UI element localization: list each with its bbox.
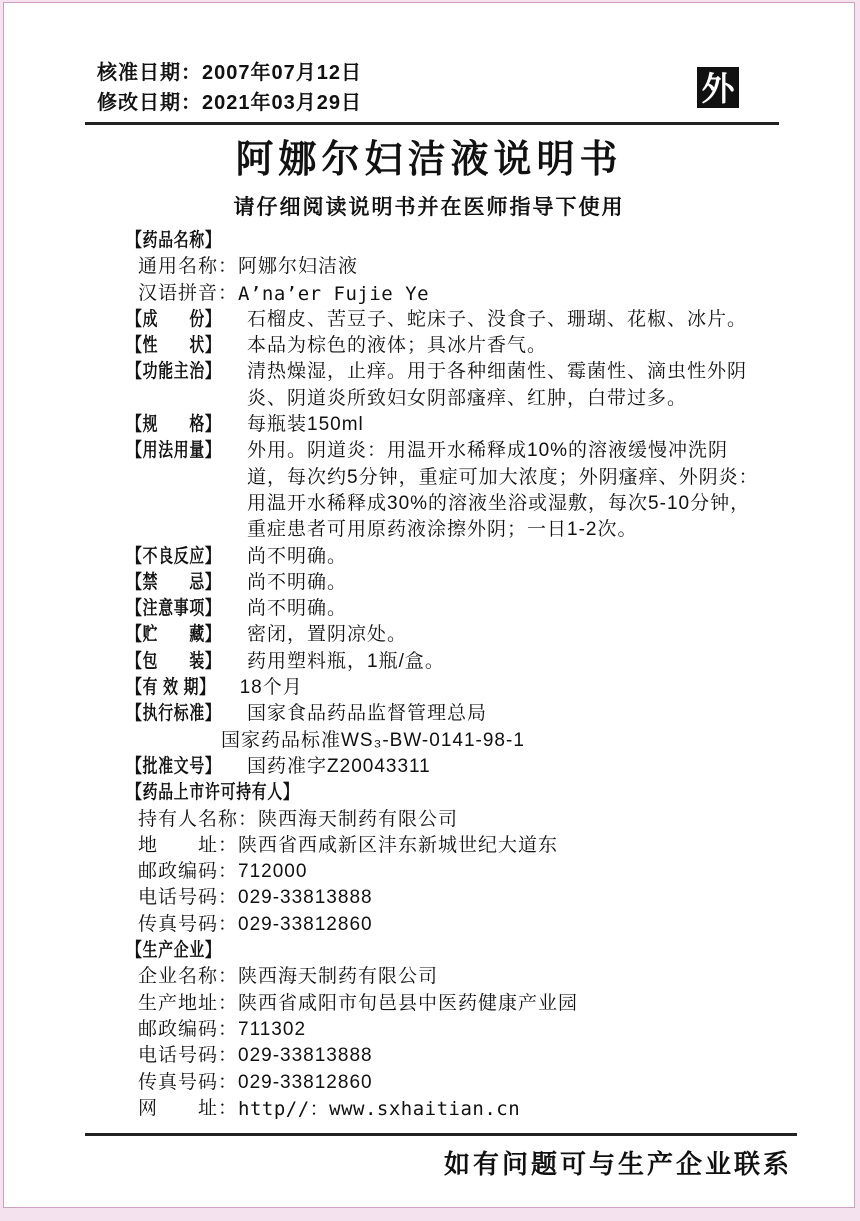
spec-row: 【成 份】石榴皮、苦豆子、蛇床子、没食子、珊瑚、花椒、冰片。 [127,307,766,333]
field-label: 持有人名称： [138,807,258,833]
spec-label: 【注意事项】 [127,596,247,622]
spec-label: 【药品上市许可持有人】 [127,780,347,806]
field-value: 陕西省咸阳市旬邑县中医药健康产业园 [238,991,578,1017]
field-value: 尚不明确。 [247,544,766,570]
spec-label: 【药品名称】 [127,228,247,254]
field-value: 国家食品药品监督管理总局 [247,701,766,727]
spec-row: 【不良反应】尚不明确。 [127,544,766,570]
header-divider [85,122,779,125]
spec-row: 【药品上市许可持有人】 [127,780,766,806]
sub-row: 地 址：陕西省西咸新区沣东新城世纪大道东 [127,833,766,859]
field-label: 传真号码： [138,1070,238,1096]
spec-row: 【批准文号】国药准字Z20043311 [127,754,766,780]
sub-row: 电话号码：029-33813888 [127,1043,766,1069]
field-value: 711302 [238,1017,306,1043]
spec-label: 【性 状】 [127,333,247,359]
field-value: 每瓶装150ml [247,412,766,438]
field-value: 密闭，置阴凉处。 [247,622,766,648]
field-value: 阿娜尔妇洁液 [238,254,358,280]
approval-date-label: 核准日期： [97,62,202,84]
field-label: 地 址： [138,833,238,859]
sub-row: 传真号码：029-33812860 [127,1070,766,1096]
spec-label: 【功能主治】 [127,359,247,385]
approval-date-value: 2007年07月12日 [202,62,362,84]
spec-label: 【贮 藏】 [127,622,247,648]
sub-row: 生产地址：陕西省咸阳市旬邑县中医药健康产业园 [127,991,766,1017]
field-label: 电话号码： [138,1043,238,1069]
field-value: 陕西省西咸新区沣东新城世纪大道东 [238,833,558,859]
spec-label: 【执行标准】 [127,701,247,727]
field-label: 网 址： [138,1096,238,1122]
spec-row: 【包 装】药用塑料瓶，1瓶/盒。 [127,649,766,675]
sub-row: 邮政编码：712000 [127,859,766,885]
spec-label: 【用法用量】 [127,438,247,464]
sub-row: 邮政编码：711302 [127,1017,766,1043]
spec-label: 【成 份】 [127,307,247,333]
spec-row: 【性 状】本品为棕色的液体；具冰片香气。 [127,333,766,359]
field-value: 陕西海天制药有限公司 [258,807,458,833]
spec-label: 【不良反应】 [127,544,247,570]
field-value: 029-33812860 [238,1070,373,1096]
field-value: 029-33813888 [238,885,373,911]
field-value: 029-33813888 [238,1043,373,1069]
spec-label: 【规 格】 [127,412,247,438]
footer-note: 如有问题可与生产企业联系 [4,1147,792,1181]
sub-row: 电话号码：029-33813888 [127,885,766,911]
spec-row: 【禁 忌】尚不明确。 [127,570,766,596]
header-dates: 核准日期：2007年07月12日 修改日期：2021年03月29日 [97,58,854,118]
field-label: 邮政编码： [138,859,238,885]
field-value: 712000 [238,859,307,885]
spec-row: 【执行标准】国家食品药品监督管理总局 [127,701,766,727]
field-value: 清热燥湿，止痒。用于各种细菌性、霉菌性、滴虫性外阴炎、阴道炎所致妇女阴部瘙痒、红… [247,359,766,412]
field-value: 尚不明确。 [247,596,766,622]
field-label: 汉语拼音： [138,281,238,307]
spec-row: 【有 效 期】18个月 [127,675,766,701]
field-value: 国药准字Z20043311 [247,754,766,780]
field-label: 电话号码： [138,885,238,911]
field-value: 外用。阴道炎：用温开水稀释成10%的溶液缓慢冲洗阴道，每次约5分钟，重症可加大浓… [247,438,766,543]
spec-row: 【功能主治】清热燥湿，止痒。用于各种细菌性、霉菌性、滴虫性外阴炎、阴道炎所致妇女… [127,359,766,412]
spec-row: 【用法用量】外用。阴道炎：用温开水稀释成10%的溶液缓慢冲洗阴道，每次约5分钟，… [127,438,766,543]
spec-row: 【贮 藏】密闭，置阴凉处。 [127,622,766,648]
spec-rows: 【药品名称】通用名称：阿娜尔妇洁液汉语拼音：A’na’er Fujie Ye【成… [127,228,766,1122]
spec-label: 【有 效 期】 [127,675,240,701]
external-use-mark: 外 [697,67,739,108]
field-value: 尚不明确。 [247,570,766,596]
spec-label: 【生产企业】 [127,938,247,964]
spec-label [127,728,221,754]
leaflet-page: 核准日期：2007年07月12日 修改日期：2021年03月29日 外 阿娜尔妇… [3,2,855,1208]
field-value: 陕西海天制药有限公司 [238,964,438,990]
field-label: 企业名称： [138,964,238,990]
field-value: A’na’er Fujie Ye [238,281,429,307]
spec-row: 【药品名称】 [127,228,766,254]
spec-label: 【包 装】 [127,649,247,675]
field-label: 传真号码： [138,912,238,938]
sub-row: 汉语拼音：A’na’er Fujie Ye [127,281,766,307]
field-value: 本品为棕色的液体；具冰片香气。 [247,333,766,359]
spec-label: 【禁 忌】 [127,570,247,596]
field-value: 药用塑料瓶，1瓶/盒。 [247,649,766,675]
field-label: 邮政编码： [138,1017,238,1043]
sub-row: 企业名称：陕西海天制药有限公司 [127,964,766,990]
sub-row: 通用名称：阿娜尔妇洁液 [127,254,766,280]
field-value: 国家药品标准WS₃-BW-0141-98-1 [221,728,766,754]
continuation-row: 国家药品标准WS₃-BW-0141-98-1 [127,728,766,754]
revision-date-label: 修改日期： [97,92,202,114]
field-value: 18个月 [240,675,766,701]
footer-divider [85,1133,797,1136]
field-value: 石榴皮、苦豆子、蛇床子、没食子、珊瑚、花椒、冰片。 [247,307,766,333]
field-value: http//：www.sxhaitian.cn [238,1096,520,1122]
revision-date-value: 2021年03月29日 [202,92,362,114]
spec-row: 【生产企业】 [127,938,766,964]
spec-row: 【规 格】每瓶装150ml [127,412,766,438]
page-title: 阿娜尔妇洁液说明书 [4,137,854,183]
spec-label: 【批准文号】 [127,754,247,780]
usage-advice: 请仔细阅读说明书并在医师指导下使用 [4,194,854,222]
field-label: 生产地址： [138,991,238,1017]
sub-row: 传真号码：029-33812860 [127,912,766,938]
sub-row: 网 址：http//：www.sxhaitian.cn [127,1096,766,1122]
field-value: 029-33812860 [238,912,373,938]
spec-row: 【注意事项】尚不明确。 [127,596,766,622]
sub-row: 持有人名称：陕西海天制药有限公司 [127,807,766,833]
field-label: 通用名称： [138,254,238,280]
